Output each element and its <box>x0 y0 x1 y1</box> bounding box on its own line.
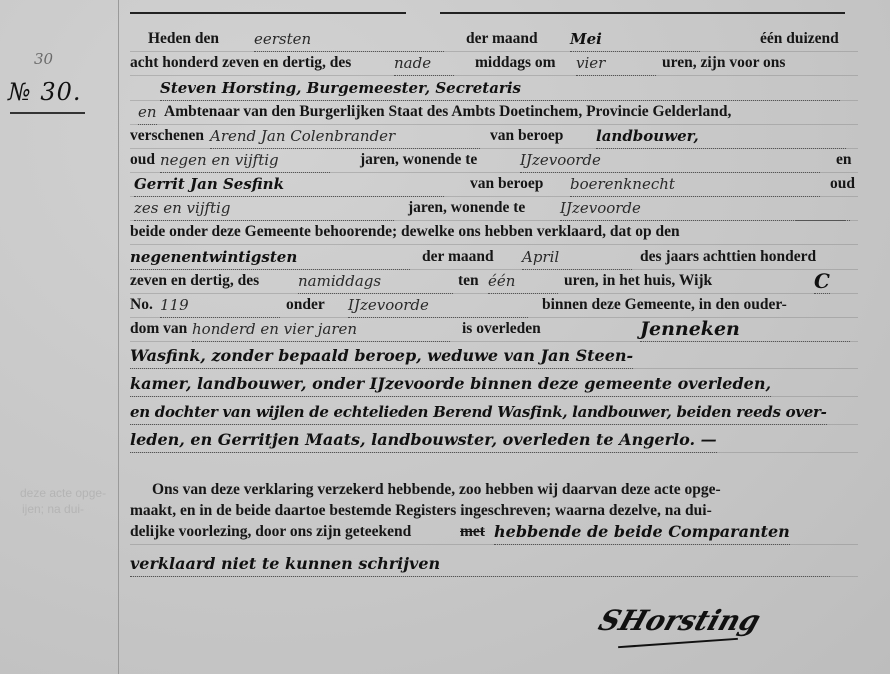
printed-text: delijke voorlezing, door ons zijn geteek… <box>130 520 411 544</box>
margin-rule <box>118 0 119 674</box>
printed-text: van beroep <box>470 172 543 196</box>
printed-text: zeven en dertig, des <box>130 269 259 293</box>
printed-text: oud <box>130 148 155 172</box>
record-line-8: zes en vijftig jaren, wonende te IJzevoo… <box>130 196 858 221</box>
closing-line-3: delijke voorlezing, door ons zijn geteek… <box>130 520 858 545</box>
bleed-through-text: ijen; na dui- <box>22 502 84 516</box>
printed-text: ten <box>458 269 479 293</box>
printed-text: dom van <box>130 317 187 341</box>
printed-text: jaren, wonende te <box>360 148 477 172</box>
record-line-17: leden, en Gerritjen Maats, landbouwster,… <box>130 428 858 453</box>
registrar-signature: SHorsting <box>595 604 765 637</box>
printed-text: en <box>836 148 852 172</box>
handwritten-part-of-day: nade <box>394 51 454 76</box>
handwritten-declarant-1: Arend Jan Colenbrander <box>210 124 480 149</box>
handwritten-death-day: negenentwintigsten <box>130 245 410 270</box>
printed-text: beide onder deze Gemeente behoorende; de… <box>130 220 680 244</box>
handwritten-age-deceased: honderd en vier jaren <box>192 317 450 342</box>
margin-underline <box>10 112 85 114</box>
top-rule-right <box>440 12 845 14</box>
handwritten-official-name: Steven Horsting, Burgemeester, Secretari… <box>160 76 840 101</box>
closing-line-4: verklaard niet te kunnen schrijven <box>130 552 858 577</box>
handwritten-text: kamer, landbouwer, onder IJzevoorde binn… <box>130 372 771 397</box>
printed-text: der maand <box>422 245 494 269</box>
handwritten-text: Wasfink, zonder bepaald beroep, weduwe v… <box>130 344 633 369</box>
printed-text: No. <box>130 293 153 317</box>
printed-text: uren, in het huis, Wijk <box>564 269 712 293</box>
printed-text: des jaars achttien honderd <box>640 245 816 269</box>
handwritten-text: en <box>138 100 157 125</box>
printed-text: middags om <box>475 51 556 75</box>
handwritten-residence: IJzevoorde <box>520 148 820 173</box>
handwritten-occupation: landbouwer, <box>596 124 846 149</box>
handwritten-text: verklaard niet te kunnen schrijven <box>130 552 830 577</box>
record-line-5: verschenen Arend Jan Colenbrander van be… <box>130 124 858 149</box>
handwritten-residence: IJzevoorde <box>560 196 850 221</box>
handwritten-dash <box>795 220 845 221</box>
record-line-1: Heden den eersten der maand Mei één duiz… <box>130 27 858 52</box>
record-line-2: acht honderd zeven en dertig, des nade m… <box>130 51 858 76</box>
record-line-13: dom van honderd en vier jaren is overled… <box>130 317 858 342</box>
printed-text: der maand <box>466 27 538 51</box>
printed-text: Heden den <box>148 27 219 51</box>
handwritten-hour: vier <box>576 51 656 76</box>
margin-small-number: 30 <box>34 50 53 68</box>
record-line-16: en dochter van wijlen de echtelieden Ber… <box>130 400 858 425</box>
handwritten-day: eersten <box>254 27 444 52</box>
handwritten-part-of-day: namiddags <box>298 269 453 294</box>
handwritten-house-number: 119 <box>160 293 280 318</box>
document-page: 30 № 30. deze acte opge- ijen; na dui- H… <box>0 0 890 674</box>
record-line-15: kamer, landbouwer, onder IJzevoorde binn… <box>130 372 858 397</box>
printed-text: verschenen <box>130 124 204 148</box>
printed-text: Ambtenaar van den Burgerlijken Staat des… <box>164 100 731 124</box>
handwritten-hour: één <box>488 269 558 294</box>
printed-text: acht honderd zeven en dertig, des <box>130 51 351 75</box>
handwritten-age: negen en vijftig <box>160 148 330 173</box>
printed-text: van beroep <box>490 124 563 148</box>
handwritten-declarant-2: Gerrit Jan Sesfink <box>134 172 444 197</box>
struck-text: met <box>460 520 485 544</box>
handwritten-text: en dochter van wijlen de echtelieden Ber… <box>130 400 827 425</box>
record-line-6: oud negen en vijftig jaren, wonende te I… <box>130 148 858 173</box>
record-line-3: Steven Horsting, Burgemeester, Secretari… <box>130 76 858 101</box>
handwritten-occupation: boerenknecht <box>570 172 820 197</box>
bleed-through-text: deze acte opge- <box>20 486 106 500</box>
printed-text: jaren, wonende te <box>408 196 525 220</box>
margin-entry-number: № 30. <box>8 78 82 106</box>
printed-text: onder <box>286 293 325 317</box>
handwritten-death-month: April <box>522 245 632 270</box>
top-rule-left <box>130 12 406 14</box>
record-line-11: zeven en dertig, des namiddags ten één u… <box>130 269 858 294</box>
printed-text: één duizend <box>760 27 839 51</box>
signature-flourish <box>618 638 738 648</box>
record-line-10: negenentwintigsten der maand April des j… <box>130 245 858 270</box>
handwritten-month: Mei <box>570 27 700 52</box>
handwritten-ward: C <box>814 269 830 294</box>
record-line-4: en Ambtenaar van den Burgerlijken Staat … <box>130 100 858 125</box>
record-line-14: Wasfink, zonder bepaald beroep, weduwe v… <box>130 344 858 369</box>
handwritten-text: hebbende de beide Comparanten <box>494 520 790 545</box>
record-line-9: beide onder deze Gemeente behoorende; de… <box>130 220 858 245</box>
handwritten-age: zes en vijftig <box>134 196 394 221</box>
printed-text: is overleden <box>462 317 541 341</box>
record-line-7: Gerrit Jan Sesfink van beroep boerenknec… <box>130 172 858 197</box>
handwritten-text: leden, en Gerritjen Maats, landbouwster,… <box>130 428 717 453</box>
handwritten-place: IJzevoorde <box>348 293 528 318</box>
record-line-12: No. 119 onder IJzevoorde binnen deze Gem… <box>130 293 858 318</box>
handwritten-deceased-first-name: Jenneken <box>640 317 850 342</box>
printed-text: oud <box>830 172 855 196</box>
printed-text: binnen deze Gemeente, in den ouder- <box>542 293 787 317</box>
printed-text: uren, zijn voor ons <box>662 51 785 75</box>
